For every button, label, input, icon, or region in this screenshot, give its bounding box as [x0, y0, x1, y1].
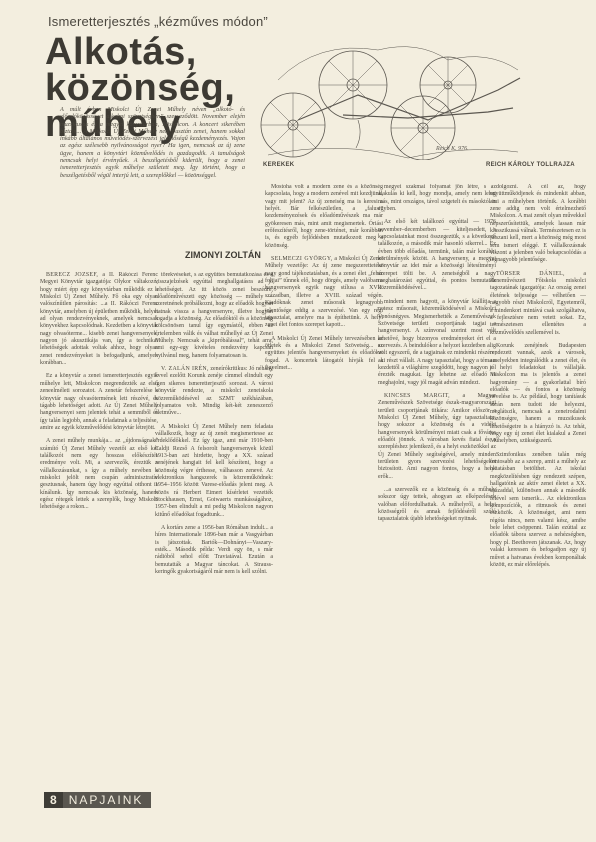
artist-signature: Reich K. 976.	[435, 146, 469, 152]
body-column-4: megyei szakmai folyamat jön létre, s az …	[378, 184, 496, 794]
article-kicker: Ismeretterjesztés „kézműves módon”	[48, 14, 268, 29]
page-footer: 8 NAPJAINK	[44, 792, 151, 808]
page-number: 8	[44, 792, 63, 808]
body-column-1: BERECZ JÓZSEF, a II. Rákóczi Ferenc Megy…	[40, 272, 158, 792]
paragraph: A kortárs zene a 1956-ban Rómában indult…	[155, 525, 273, 576]
paragraph: Mostoha volt a modern zene és a közönség…	[265, 184, 383, 250]
body-column-3: Mostoha volt a modern zene és a közönség…	[265, 184, 383, 794]
paragraph: ...a szervezők ez a közönség és a műhely…	[378, 487, 496, 524]
article-lead: A múlt évben Miskolci Új Zenei Műhely né…	[60, 106, 245, 179]
paragraph: KINCSES MARGIT, a Magyar Zeneművészek Sz…	[378, 393, 496, 481]
paragraph: A zenei műhely munkája... az „újdonságna…	[40, 438, 158, 511]
paragraph: V. ZALÁN IRÉN, zeneírókritikus: Jó néhán…	[155, 366, 273, 417]
paragraph: A Miskolci Új Zenei Műhely nem feladata …	[155, 424, 273, 519]
speaker-name: SELMECZI GYÖRGY,	[271, 256, 332, 262]
paragraph: Korunk zenéjének Budapesten rendezett va…	[490, 343, 586, 446]
paragraph: A Miskolci Új Zenei Műhely tervezésében …	[265, 336, 383, 373]
article-byline: ZIMONYI ZOLTÁN	[185, 250, 261, 260]
headline-line-1: Alkotás,	[45, 34, 285, 70]
speaker-name: BERECZ JÓZSEF,	[46, 272, 98, 278]
cannon-wheels-illustration: Reich K. 976.	[258, 20, 558, 160]
paragraph: SELMECZI GYÖRGY, a Miskolci Új Zenei Műh…	[265, 256, 383, 329]
paragraph: Ez a könyvtár a zenei ismeretterjesztés …	[40, 373, 158, 432]
magazine-name: NAPJAINK	[63, 792, 152, 808]
paragraph: dolgozni. A cél az, hogy együttműködjene…	[490, 184, 586, 265]
paragraph: mindent nem hagyott, a könyvtár kiállítj…	[378, 299, 496, 387]
pen-drawing-icon: Reich K. 976.	[258, 20, 558, 160]
paragraph: BERECZ JÓZSEF, a II. Rákóczi Ferenc Megy…	[40, 272, 158, 367]
body-column-5: dolgozni. A cél az, hogy együttműködjene…	[490, 184, 586, 794]
speaker-name: V. ZALÁN IRÉN,	[161, 366, 209, 372]
paragraph: törekvéseket, s az együttes bemutatkozás…	[155, 272, 273, 360]
paragraph: megyei szakmai folyamat jön létre, s az …	[378, 184, 496, 213]
speaker-name: TÖRSER DÁNIEL,	[496, 271, 565, 277]
headline-line-2: közönség,	[45, 70, 285, 106]
speaker-name: KINCSES MARGIT,	[384, 393, 450, 399]
paragraph: Az első két találkozó egyúttal — 1976 no…	[378, 219, 496, 292]
paragraph: Szimfonikus zenében talán még fontosabb …	[490, 452, 586, 570]
paragraph: TÖRSER DÁNIEL, a Zeneművészeti Főiskola …	[490, 271, 586, 337]
illustration-title: KEREKEK	[263, 162, 294, 168]
illustration-credit: REICH KÁROLY TOLLRAJZA	[486, 162, 575, 168]
body-column-2: törekvéseket, s az együttes bemutatkozás…	[155, 272, 273, 792]
